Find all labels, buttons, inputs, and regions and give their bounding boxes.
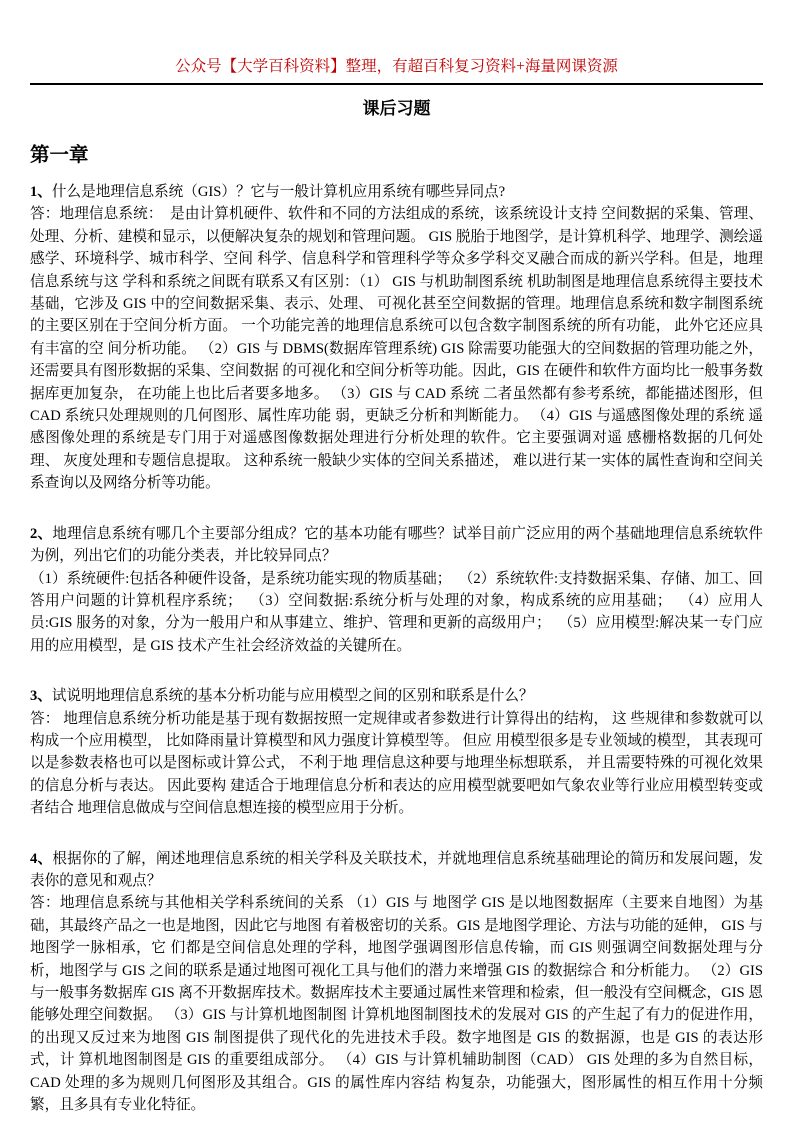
header-note: 公众号【大学百科资料】整理，有超百科复习资料+海量网课资源 [30,56,763,85]
qa-section: 1、什么是地理信息系统（GIS）？它与一般计算机应用系统有哪些异同点? 答：地理… [30,181,763,1116]
qa-block-4: 4、根据你的了解，阐述地理信息系统的相关学科及关联技术，并就地理信息系统基础理论… [30,848,763,1117]
question-3-text: 试说明地理信息系统的基本分析功能与应用模型之间的区别和联系是什么？ [52,688,534,704]
question-1: 1、什么是地理信息系统（GIS）？它与一般计算机应用系统有哪些异同点? [30,181,763,203]
page-title: 课后习题 [30,97,763,121]
question-4-number: 4、 [30,851,52,867]
answer-2: （1）系统硬件:包括各种硬件设备，是系统功能实现的物质基础； （2）系统软件:支… [30,568,763,658]
question-2-number: 2、 [30,526,52,542]
question-4: 4、根据你的了解，阐述地理信息系统的相关学科及关联技术，并就地理信息系统基础理论… [30,848,763,893]
question-3-number: 3、 [30,688,52,704]
question-2: 2、地理信息系统有哪几个主要部分组成？它的基本功能有哪些？试举目前广泛应用的两个… [30,523,763,568]
qa-block-1: 1、什么是地理信息系统（GIS）？它与一般计算机应用系统有哪些异同点? 答：地理… [30,181,763,495]
question-3: 3、试说明地理信息系统的基本分析功能与应用模型之间的区别和联系是什么？ [30,685,763,707]
answer-4: 答：地理信息系统与其他相关学科系统间的关系 （1）GIS 与 地图学 GIS 是… [30,892,763,1116]
question-2-text: 地理信息系统有哪几个主要部分组成？它的基本功能有哪些？试举目前广泛应用的两个基础… [30,526,763,564]
answer-3: 答： 地理信息系统分析功能是基于现有数据按照一定规律或者参数进行计算得出的结构，… [30,708,763,820]
question-4-text: 根据你的了解，阐述地理信息系统的相关学科及关联技术，并就地理信息系统基础理论的简… [30,851,763,889]
question-1-text: 什么是地理信息系统（GIS）？它与一般计算机应用系统有哪些异同点? [52,184,505,200]
answer-1: 答：地理信息系统： 是由计算机硬件、软件和不同的方法组成的系统，该系统设计支持 … [30,203,763,494]
qa-block-2: 2、地理信息系统有哪几个主要部分组成？它的基本功能有哪些？试举目前广泛应用的两个… [30,523,763,657]
chapter-heading: 第一章 [30,143,763,169]
question-1-number: 1、 [30,184,52,200]
document-page: 公众号【大学百科资料】整理，有超百科复习资料+海量网课资源 课后习题 第一章 1… [0,0,793,1122]
qa-block-3: 3、试说明地理信息系统的基本分析功能与应用模型之间的区别和联系是什么？ 答： 地… [30,685,763,819]
